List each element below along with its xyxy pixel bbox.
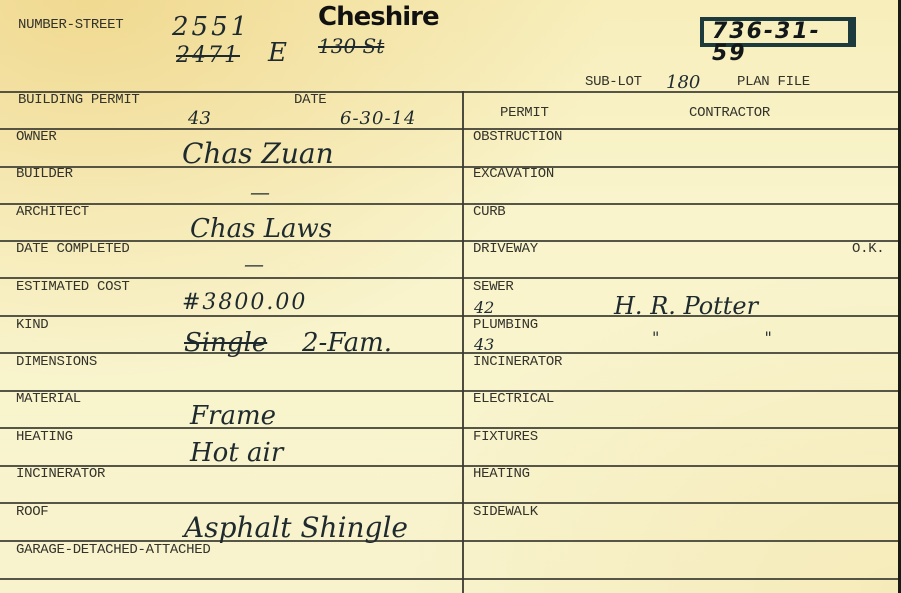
rule (0, 578, 901, 580)
field-label-owner: OWNER (16, 130, 57, 144)
field-label-material: MATERIAL (16, 392, 81, 406)
owner-value: Chas Zuan (182, 140, 334, 168)
permit-sidewalk: SIDEWALK (473, 505, 538, 519)
plan-file-label: PLAN FILE (737, 75, 810, 89)
field-label-incinerator: INCINERATOR (16, 467, 105, 481)
heating-value: Hot air (190, 440, 283, 466)
architect-value: Chas Laws (190, 216, 332, 242)
rule (0, 166, 901, 168)
file-number-box: 736-31-59 (700, 17, 856, 47)
rule (0, 352, 901, 354)
rule (0, 277, 901, 279)
rule (0, 203, 901, 205)
address-number: 2551 (172, 14, 250, 40)
field-label-builder: BUILDER (16, 167, 73, 181)
permit-column-header: PERMIT (500, 106, 549, 120)
field-label-roof: ROOF (16, 505, 48, 519)
kind-value-struck: Single (184, 330, 267, 356)
column-divider (462, 91, 464, 593)
rule (0, 390, 901, 392)
field-label-garage: GARAGE-DETACHED-ATTACHED (16, 543, 210, 557)
permit-driveway: DRIVEWAY (473, 242, 538, 256)
address-street: Cheshire (318, 4, 439, 30)
field-label-dimensions: DIMENSIONS (16, 355, 97, 369)
contractor-column-header: CONTRACTOR (689, 106, 770, 120)
building-permit-label: BUILDING PERMIT (18, 93, 140, 107)
number-street-label: NUMBER-STREET (18, 18, 123, 32)
field-label-heating: HEATING (16, 430, 73, 444)
material-value: Frame (190, 403, 276, 429)
permit-plumbing: PLUMBING (473, 318, 538, 332)
rule (0, 128, 901, 130)
sub-lot-value: 180 (666, 74, 700, 92)
permit-date: 6-30-14 (340, 110, 416, 128)
permit-obstruction: OBSTRUCTION (473, 130, 562, 144)
sub-lot-label: SUB-LOT (585, 75, 642, 89)
permit-index-card: NUMBER-STREET 2551 Cheshire 2471 E 130 S… (0, 0, 901, 593)
permit-fixtures: FIXTURES (473, 430, 538, 444)
permit-incinerator: INCINERATOR (473, 355, 562, 369)
permit-curb: CURB (473, 205, 505, 219)
rule (0, 502, 901, 504)
roof-value: Asphalt Shingle (184, 514, 408, 542)
rule (0, 465, 901, 467)
permit-excavation: EXCAVATION (473, 167, 554, 181)
field-label-kind: KIND (16, 318, 48, 332)
sewer-permit-number: 42 (474, 300, 494, 316)
rule (0, 240, 901, 242)
sewer-contractor: H. R. Potter (614, 294, 758, 318)
rule (0, 315, 901, 317)
permit-electrical: ELECTRICAL (473, 392, 554, 406)
rule (0, 427, 901, 429)
date-label: DATE (294, 93, 326, 107)
builder-value: — (250, 182, 270, 202)
field-label-estimated-cost: ESTIMATED COST (16, 280, 129, 294)
previous-address-number: 2471 (176, 45, 240, 67)
field-label-architect: ARCHITECT (16, 205, 89, 219)
estimated-cost-value: #3800.00 (182, 292, 307, 314)
kind-value: 2-Fam. (302, 330, 392, 356)
plumbing-contractor-ditto: " " (652, 330, 822, 346)
file-number: 736-31-59 (712, 19, 821, 66)
previous-address-street: 130 St (318, 36, 384, 56)
permit-heating: HEATING (473, 467, 530, 481)
date-completed-value: — (244, 254, 264, 274)
driveway-note: O.K. (852, 242, 884, 256)
building-permit-number: 43 (188, 110, 211, 128)
previous-address-prefix: E (268, 40, 287, 66)
permit-sewer: SEWER (473, 280, 514, 294)
field-label-date-completed: DATE COMPLETED (16, 242, 129, 256)
plumbing-permit-number: 43 (474, 337, 494, 353)
